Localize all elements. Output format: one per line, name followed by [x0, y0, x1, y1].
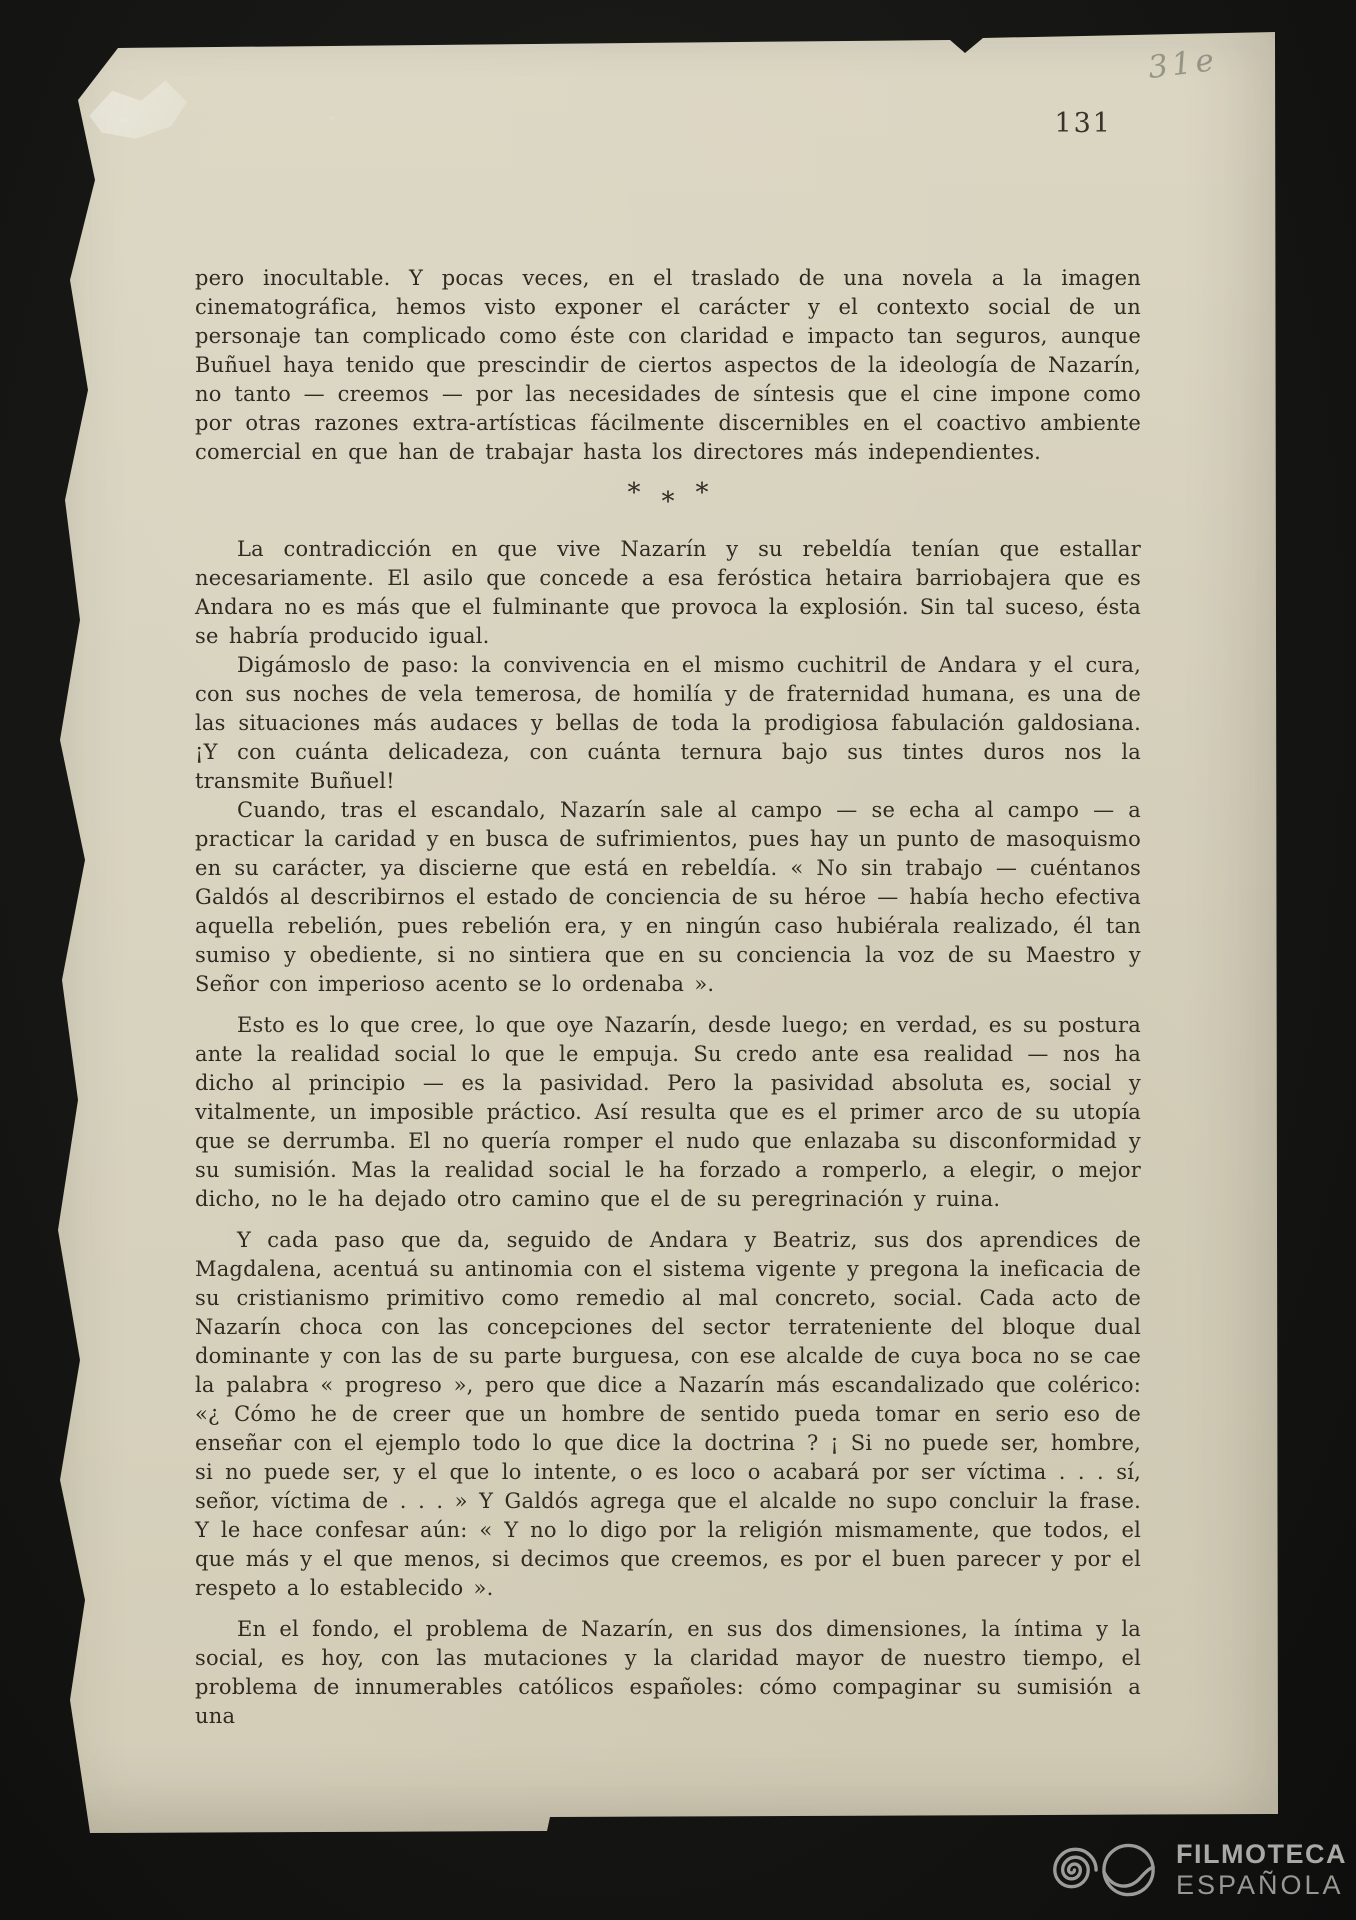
asterisk-glyph: *	[651, 488, 685, 517]
paragraph: Esto es lo que cree, lo que oye Nazarín,…	[195, 1011, 1141, 1214]
paragraph: Cuando, tras el escandalo, Nazarín sale …	[195, 796, 1141, 999]
watermark-line1: FILMOTECA	[1176, 1841, 1347, 1868]
watermark-line2: ESPAÑOLA	[1176, 1872, 1347, 1899]
paragraph: Digámoslo de paso: la convivencia en el …	[195, 651, 1141, 796]
paragraph: En el fondo, el problema de Nazarín, en …	[195, 1615, 1141, 1731]
dust-speck	[330, 116, 335, 120]
page-text: pero inocultable. Y pocas veces, en el t…	[195, 264, 1141, 1731]
dust-speck	[120, 118, 128, 123]
document-page: 31e 131 pero inocultable. Y pocas veces,…	[50, 28, 1278, 1834]
handwritten-annotation: 31e	[1146, 42, 1220, 86]
asterisk-glyph: *	[685, 479, 719, 508]
scan-background: 31e 131 pero inocultable. Y pocas veces,…	[0, 0, 1356, 1920]
filmoteca-watermark: FILMOTECA ESPAÑOLA	[1042, 1838, 1347, 1902]
paragraph: pero inocultable. Y pocas veces, en el t…	[195, 264, 1141, 467]
section-separator: * * *	[195, 479, 1141, 515]
asterisk-glyph: *	[617, 479, 651, 508]
paragraph: Y cada paso que da, seguido de Andara y …	[195, 1226, 1141, 1603]
filmoteca-wordmark: FILMOTECA ESPAÑOLA	[1176, 1841, 1347, 1899]
page-number: 131	[1012, 108, 1112, 139]
paragraph: La contradicción en que vive Nazarín y s…	[195, 535, 1141, 651]
filmoteca-logo-icon	[1042, 1838, 1160, 1902]
torn-edge-highlight	[78, 72, 194, 146]
